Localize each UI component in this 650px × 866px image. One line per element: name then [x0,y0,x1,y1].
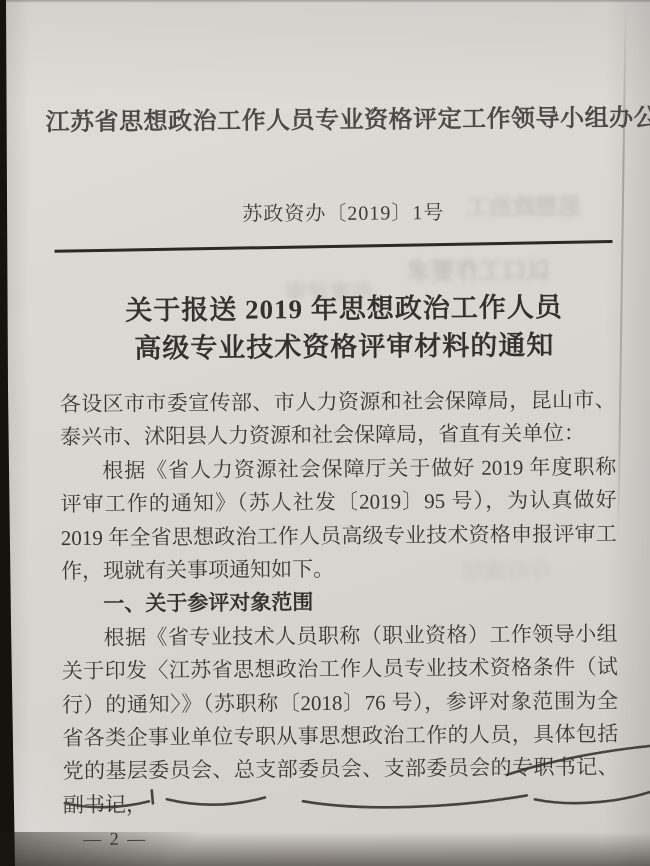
intro-paragraph: 根据《省人力资源社会保障厅关于做好 2019 年度职称评审工作的通知》（苏人社发… [60,451,617,589]
photo-bottom-shadow [0,832,650,866]
document-title-line1: 关于报送 2019 年思想政治工作人员 [47,285,641,329]
document-title-line2: 高级专业技术资格评审材料的通知 [47,323,641,367]
section-1-paragraph: 根据《省专业技术人员职称（职业资格）工作领导小组关于印发〈江苏省思想政治工作人员… [61,618,619,823]
header-divider-rule [55,240,613,253]
issuing-office-header: 江苏省思想政治工作人员专业资格评定工作领导小组办公室 [45,98,639,138]
document-body: 各设区市市委宣传部、市人力资源和社会保障局，昆山市、泰兴市、沭阳县人力资源和社会… [60,384,619,823]
document-photo: 思想政治工 以口工作要求 年度评审 作的通知 江苏省思想政治工作人员专业资格评定… [0,0,650,866]
document-content: 思想政治工 以口工作要求 年度评审 作的通知 江苏省思想政治工作人员专业资格评定… [0,0,650,866]
salutation-paragraph: 各设区市市委宣传部、市人力资源和社会保障局，昆山市、泰兴市、沭阳县人力资源和社会… [60,384,617,455]
document-number: 苏政资办〔2019〕1号 [46,195,640,229]
section-1-heading: 一、关于参评对象范围 [61,584,617,622]
bleedthrough-text: 以口工作要求 [407,250,551,286]
